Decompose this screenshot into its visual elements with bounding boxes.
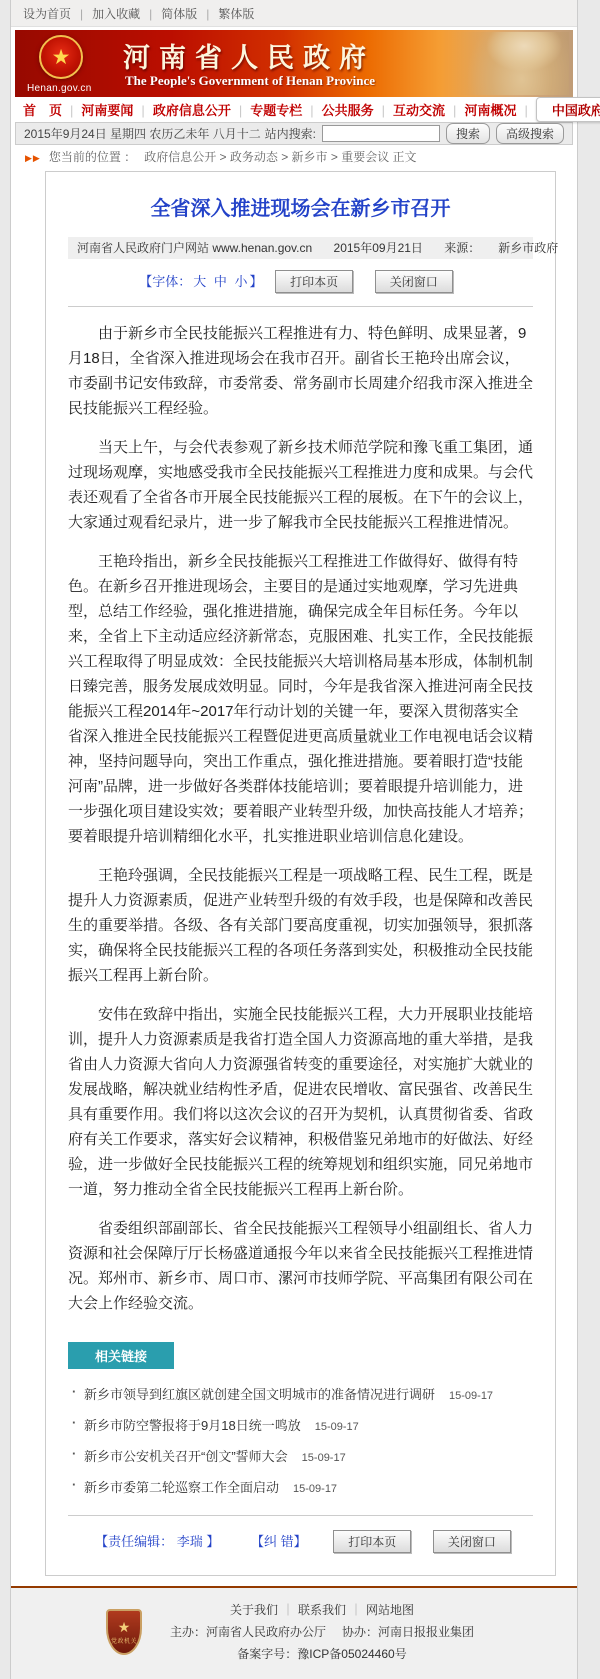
article-paragraph: 省委组织部副部长、省全民技能振兴工程领导小组副组长、省人力资源和社会保障厅厅长杨… (68, 1216, 533, 1316)
font-size-large-button[interactable]: 大 (193, 274, 206, 289)
china-gov-site-button[interactable]: 中国政府网 (536, 97, 600, 122)
article-body: 由于新乡市全民技能振兴工程推进有力、特色鲜明、成果显著，9月18日，全省深入推进… (68, 321, 533, 1316)
related-link-date: 15-09-17 (293, 1483, 337, 1495)
nav-item-henan-news[interactable]: 河南要闻 (81, 100, 152, 119)
article-source[interactable]: 新乡市政府 (498, 241, 558, 255)
site-subtitle: The People's Government of Henan Provinc… (125, 73, 375, 89)
article-date: 2015年09月21日 (334, 241, 423, 255)
simplified-version-link[interactable]: 简体版 (161, 5, 218, 22)
search-button[interactable]: 搜索 (446, 123, 490, 144)
font-size-label: 【字体： (139, 274, 191, 289)
breadcrumb-path[interactable]: 政府信息公开 > 政务动态 > 新乡市 > 重要会议 正文 (144, 148, 416, 165)
sitemap-link[interactable]: 网站地图 (366, 1603, 414, 1617)
responsible-editor: 【责任编辑： 李瑞 】 (95, 1534, 219, 1549)
current-date-text: 2015年9月24日 星期四 农历乙未年 八月十二 (24, 125, 261, 142)
page-container: 设为首页 加入收藏 简体版 繁体版 ★ Henan.gov.cn 河南省人民政府… (10, 0, 578, 1679)
related-links-section: 相关链接 新乡市领导到红旗区就创建全国文明城市的准备情况进行调研15-09-17… (68, 1342, 533, 1502)
site-domain: Henan.gov.cn (27, 83, 92, 94)
article-paragraph: 由于新乡市全民技能振兴工程推进有力、特色鲜明、成果显著，9月18日，全省深入推进… (68, 321, 533, 421)
related-links-list: 新乡市领导到红旗区就创建全国文明城市的准备情况进行调研15-09-17 新乡市防… (68, 1378, 533, 1502)
related-link-date: 15-09-17 (449, 1390, 493, 1402)
article-source-label: 来源： (444, 241, 480, 255)
buddha-statue-image (451, 32, 569, 95)
advanced-search-button[interactable]: 高级搜索 (496, 123, 564, 144)
nav-item-interaction[interactable]: 互动交流 (393, 100, 464, 119)
footer-organizer-row: 主办：河南省人民政府办公厅协办：河南日报报业集团 (162, 1621, 482, 1643)
article-bottom-controls: 【责任编辑： 李瑞 】 【纠 错】 打印本页 关闭窗口 (46, 1530, 555, 1553)
article-top-controls: 【字体：大 中 小】 打印本页 关闭窗口 (46, 270, 555, 293)
date-search-bar: 2015年9月24日 星期四 农历乙未年 八月十二 站内搜索: 搜索 高级搜索 (15, 122, 573, 145)
top-links-bar: 设为首页 加入收藏 简体版 繁体版 (11, 0, 577, 27)
nav-item-gov-info[interactable]: 政府信息公开 (153, 100, 250, 119)
traditional-version-link[interactable]: 繁体版 (218, 5, 254, 22)
nav-item-home[interactable]: 首 页 (23, 100, 81, 119)
article-paragraph: 王艳玲强调，全民技能振兴工程是一项战略工程、民生工程，既是提升人力资源素质，促进… (68, 863, 533, 988)
breadcrumb-arrows-icon (25, 150, 41, 164)
badge-label: 党政机关 (111, 1636, 137, 1645)
national-emblem-icon: ★ (39, 35, 83, 79)
nav-item-public-services[interactable]: 公共服务 (322, 100, 393, 119)
nav-item-special-topics[interactable]: 专题专栏 (250, 100, 321, 119)
article-source-site: 河南省人民政府门户网站 www.henan.gov.cn (77, 241, 312, 255)
set-homepage-link[interactable]: 设为首页 (23, 5, 92, 22)
nav-item-henan-overview[interactable]: 河南概况 (464, 100, 535, 119)
related-link-item[interactable]: 新乡市公安机关召开“创文”誓师大会15-09-17 (68, 1440, 533, 1471)
related-link-title[interactable]: 新乡市委第二轮巡察工作全面启动 (84, 1480, 279, 1495)
related-link-date: 15-09-17 (302, 1452, 346, 1464)
article-divider (68, 306, 533, 307)
article-bottom-divider (68, 1515, 533, 1516)
font-size-label-end: 】 (250, 274, 263, 289)
site-search-group: 站内搜索: 搜索 高级搜索 (265, 123, 564, 144)
article-paragraph: 王艳玲指出，新乡全民技能振兴工程推进工作做得好、做得有特色。在新乡召开推进现场会… (68, 549, 533, 849)
article-title: 全省深入推进现场会在新乡市召开 (66, 192, 535, 221)
add-favorite-link[interactable]: 加入收藏 (92, 5, 161, 22)
site-title: 河南省人民政府 (123, 36, 375, 75)
footer-text-block: 关于我们联系我们网站地图 主办：河南省人民政府办公厅协办：河南日报报业集团 备案… (162, 1599, 482, 1665)
related-link-item[interactable]: 新乡市领导到红旗区就创建全国文明城市的准备情况进行调研15-09-17 (68, 1378, 533, 1409)
badge-star-icon: ★ (118, 1620, 131, 1634)
article-container: 全省深入推进现场会在新乡市召开 河南省人民政府门户网站 www.henan.go… (45, 171, 556, 1576)
related-link-item[interactable]: 新乡市防空警报将于9月18日统一鸣放15-09-17 (68, 1409, 533, 1440)
site-footer: ★ 党政机关 关于我们联系我们网站地图 主办：河南省人民政府办公厅协办：河南日报… (11, 1586, 577, 1679)
contact-us-link[interactable]: 联系我们 (298, 1603, 366, 1617)
article-paragraph: 安伟在致辞中指出，实施全民技能振兴工程，大力开展职业技能培训，提升人力资源素质是… (68, 1002, 533, 1202)
error-correction-link[interactable]: 【纠 错】 (251, 1534, 307, 1549)
footer-co-organizer: 协办：河南日报报业集团 (342, 1625, 474, 1639)
close-window-button-bottom[interactable]: 关闭窗口 (433, 1530, 511, 1553)
related-link-title[interactable]: 新乡市领导到红旗区就创建全国文明城市的准备情况进行调研 (84, 1387, 435, 1402)
related-links-header: 相关链接 (68, 1342, 174, 1369)
search-label: 站内搜索: (265, 125, 316, 142)
close-window-button[interactable]: 关闭窗口 (375, 270, 453, 293)
about-us-link[interactable]: 关于我们 (230, 1603, 298, 1617)
site-header-banner: ★ Henan.gov.cn 河南省人民政府 The People's Gove… (15, 30, 573, 97)
article-meta-bar: 河南省人民政府门户网站 www.henan.gov.cn 2015年09月21日… (68, 237, 533, 259)
font-size-small-button[interactable]: 小 (234, 274, 247, 289)
footer-organizer: 主办：河南省人民政府办公厅 (170, 1625, 326, 1639)
search-input[interactable] (322, 125, 440, 142)
party-gov-badge-icon: ★ 党政机关 (106, 1609, 142, 1655)
font-size-medium-button[interactable]: 中 (214, 274, 227, 289)
footer-links-row: 关于我们联系我们网站地图 (162, 1599, 482, 1621)
related-link-item[interactable]: 新乡市委第二轮巡察工作全面启动15-09-17 (68, 1471, 533, 1502)
related-link-date: 15-09-17 (315, 1421, 359, 1433)
print-page-button-bottom[interactable]: 打印本页 (333, 1530, 411, 1553)
related-link-title[interactable]: 新乡市公安机关召开“创文”誓师大会 (84, 1449, 288, 1464)
breadcrumb-label: 您当前的位置 ： (49, 148, 136, 165)
print-page-button[interactable]: 打印本页 (275, 270, 353, 293)
footer-icp: 备案字号：豫ICP备05024460号 (162, 1643, 482, 1665)
related-link-title[interactable]: 新乡市防空警报将于9月18日统一鸣放 (84, 1418, 301, 1433)
main-navigation: 首 页 河南要闻 政府信息公开 专题专栏 公共服务 互动交流 河南概况 中国政府… (11, 97, 577, 122)
article-paragraph: 当天上午，与会代表参观了新乡技术师范学院和豫飞重工集团，通过现场观摩，实地感受我… (68, 435, 533, 535)
breadcrumb: 您当前的位置 ： 政府信息公开 > 政务动态 > 新乡市 > 重要会议 正文 (11, 145, 577, 168)
